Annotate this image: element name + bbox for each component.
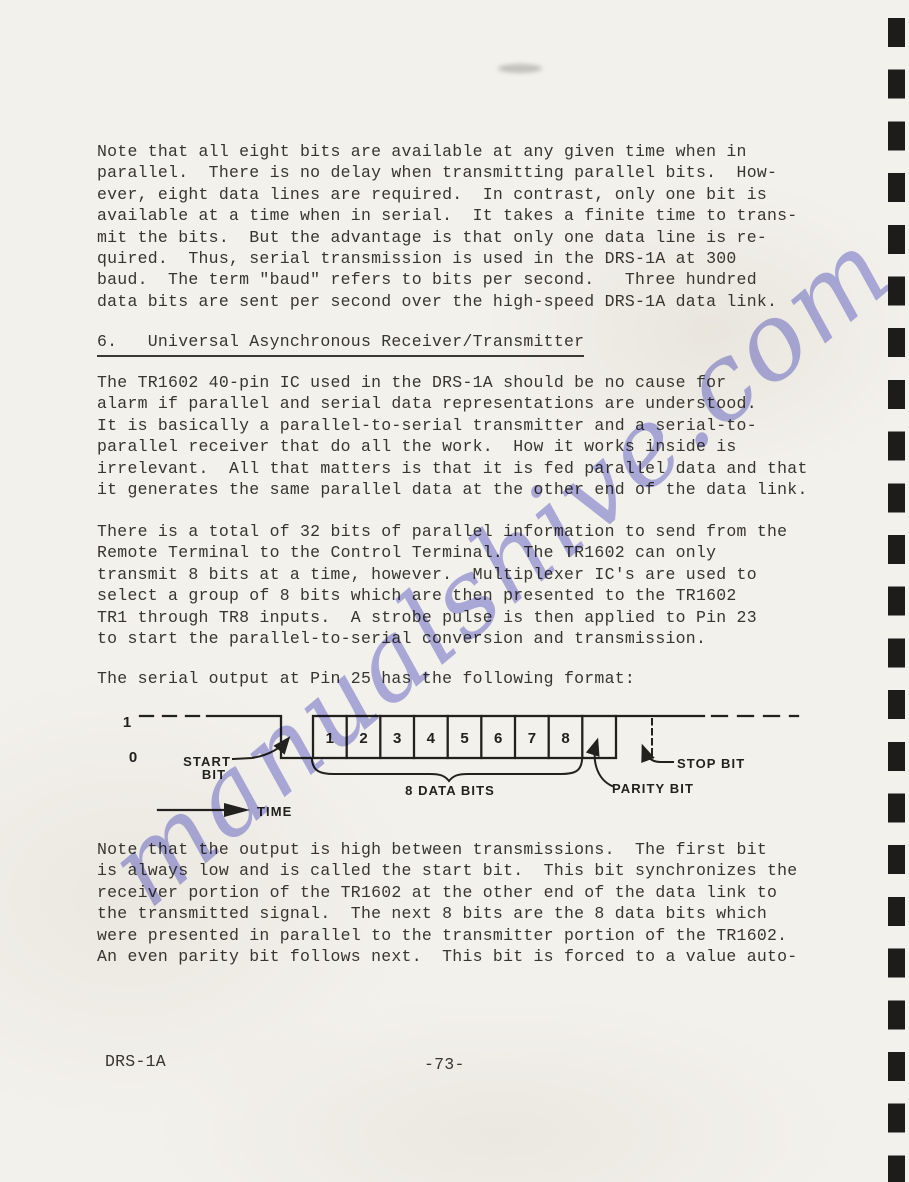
data-bit-cell-label: 5	[460, 730, 468, 747]
text-line: receiver portion of the TR1602 at the ot…	[97, 882, 797, 903]
text-line: parallel. There is no delay when transmi…	[97, 162, 797, 183]
data-bit-cell-label: 6	[494, 730, 502, 747]
text-line: The TR1602 40-pin IC used in the DRS-1A …	[97, 372, 808, 393]
logic-low-label: 0	[129, 749, 137, 766]
text-line: Note that all eight bits are available a…	[97, 141, 797, 162]
start-bit-drop	[207, 716, 313, 758]
stop-bit-pointer-arrow	[643, 747, 673, 762]
text-line: mit the bits. But the advantage is that …	[97, 227, 797, 248]
data-bits-brace	[312, 760, 582, 781]
data-bit-cell-label: 4	[427, 730, 436, 747]
parity-bit-pointer-arrow	[595, 741, 612, 786]
text-line: It is basically a parallel-to-serial tra…	[97, 415, 808, 436]
footer-page-number: -73-	[424, 1054, 465, 1075]
start-bit-pointer-arrow	[233, 739, 288, 759]
data-bit-cell-label: 7	[528, 730, 536, 747]
paragraph-parallel-vs-serial: Note that all eight bits are available a…	[97, 141, 797, 312]
text-line: Note that the output is high between tra…	[97, 839, 797, 860]
text-line: select a group of 8 bits which are then …	[97, 585, 787, 606]
print-smudge	[498, 64, 542, 73]
text-line: An even parity bit follows next. This bi…	[97, 946, 797, 967]
time-arrowhead	[224, 803, 250, 817]
footer-page-number-text: -73-	[424, 1055, 465, 1074]
text-line: Remote Terminal to the Control Terminal.…	[97, 542, 787, 563]
text-line: quired. Thus, serial transmission is use…	[97, 248, 797, 269]
text-line: data bits are sent per second over the h…	[97, 291, 797, 312]
data-bit-cell-label: 3	[393, 730, 401, 747]
text-line: irrelevant. All that matters is that it …	[97, 458, 808, 479]
text-line: The serial output at Pin 25 has the foll…	[97, 669, 635, 688]
text-line: TR1 through TR8 inputs. A strobe pulse i…	[97, 607, 787, 628]
data-bit-cell-label: 2	[359, 730, 367, 747]
section-heading: 6. Universal Asynchronous Receiver/Trans…	[97, 331, 584, 357]
text-line: transmit 8 bits at a time, however. Mult…	[97, 564, 787, 585]
text-line: baud. The term "baud" refers to bits per…	[97, 269, 797, 290]
data-bit-cell-label: 1	[326, 730, 334, 747]
section-heading-text: 6. Universal Asynchronous Receiver/Trans…	[97, 331, 584, 357]
data-bit-cell-label: 8	[561, 730, 569, 747]
paragraph-output-description: Note that the output is high between tra…	[97, 839, 797, 967]
paragraph-32-bits: There is a total of 32 bits of parallel …	[97, 521, 787, 649]
text-line: it generates the same parallel data at t…	[97, 479, 808, 500]
time-label: TIME	[257, 804, 292, 819]
footer-doc-id-text: DRS-1A	[105, 1052, 166, 1071]
text-line: to start the parallel-to-serial conversi…	[97, 628, 787, 649]
text-line: is always low and is called the start bi…	[97, 860, 797, 881]
start-bit-label-line2: BIT	[202, 767, 226, 782]
scanned-manual-page: Note that all eight bits are available a…	[0, 0, 909, 1182]
data-bits-brace-label: 8 DATA BITS	[405, 783, 495, 798]
text-line: the transmitted signal. The next 8 bits …	[97, 903, 797, 924]
parity-bit-label: PARITY BIT	[612, 781, 694, 796]
text-line: alarm if parallel and serial data repres…	[97, 393, 808, 414]
text-line: available at a time when in serial. It t…	[97, 205, 797, 226]
format-intro-line: The serial output at Pin 25 has the foll…	[97, 668, 635, 689]
footer-doc-id: DRS-1A	[105, 1051, 166, 1072]
paragraph-tr1602-intro: The TR1602 40-pin IC used in the DRS-1A …	[97, 372, 808, 500]
serial-format-diagram: 1 0 1 2 3 4 5 6 7 8 START BIT TIME 8 DAT…	[0, 700, 909, 832]
text-line: There is a total of 32 bits of parallel …	[97, 521, 787, 542]
text-line: parallel receiver that do all the work. …	[97, 436, 808, 457]
binding-marks	[888, 18, 905, 1182]
text-line: ever, eight data lines are required. In …	[97, 184, 797, 205]
text-line: were presented in parallel to the transm…	[97, 925, 797, 946]
stop-bit-label: STOP BIT	[677, 756, 745, 771]
logic-high-label: 1	[123, 714, 131, 731]
